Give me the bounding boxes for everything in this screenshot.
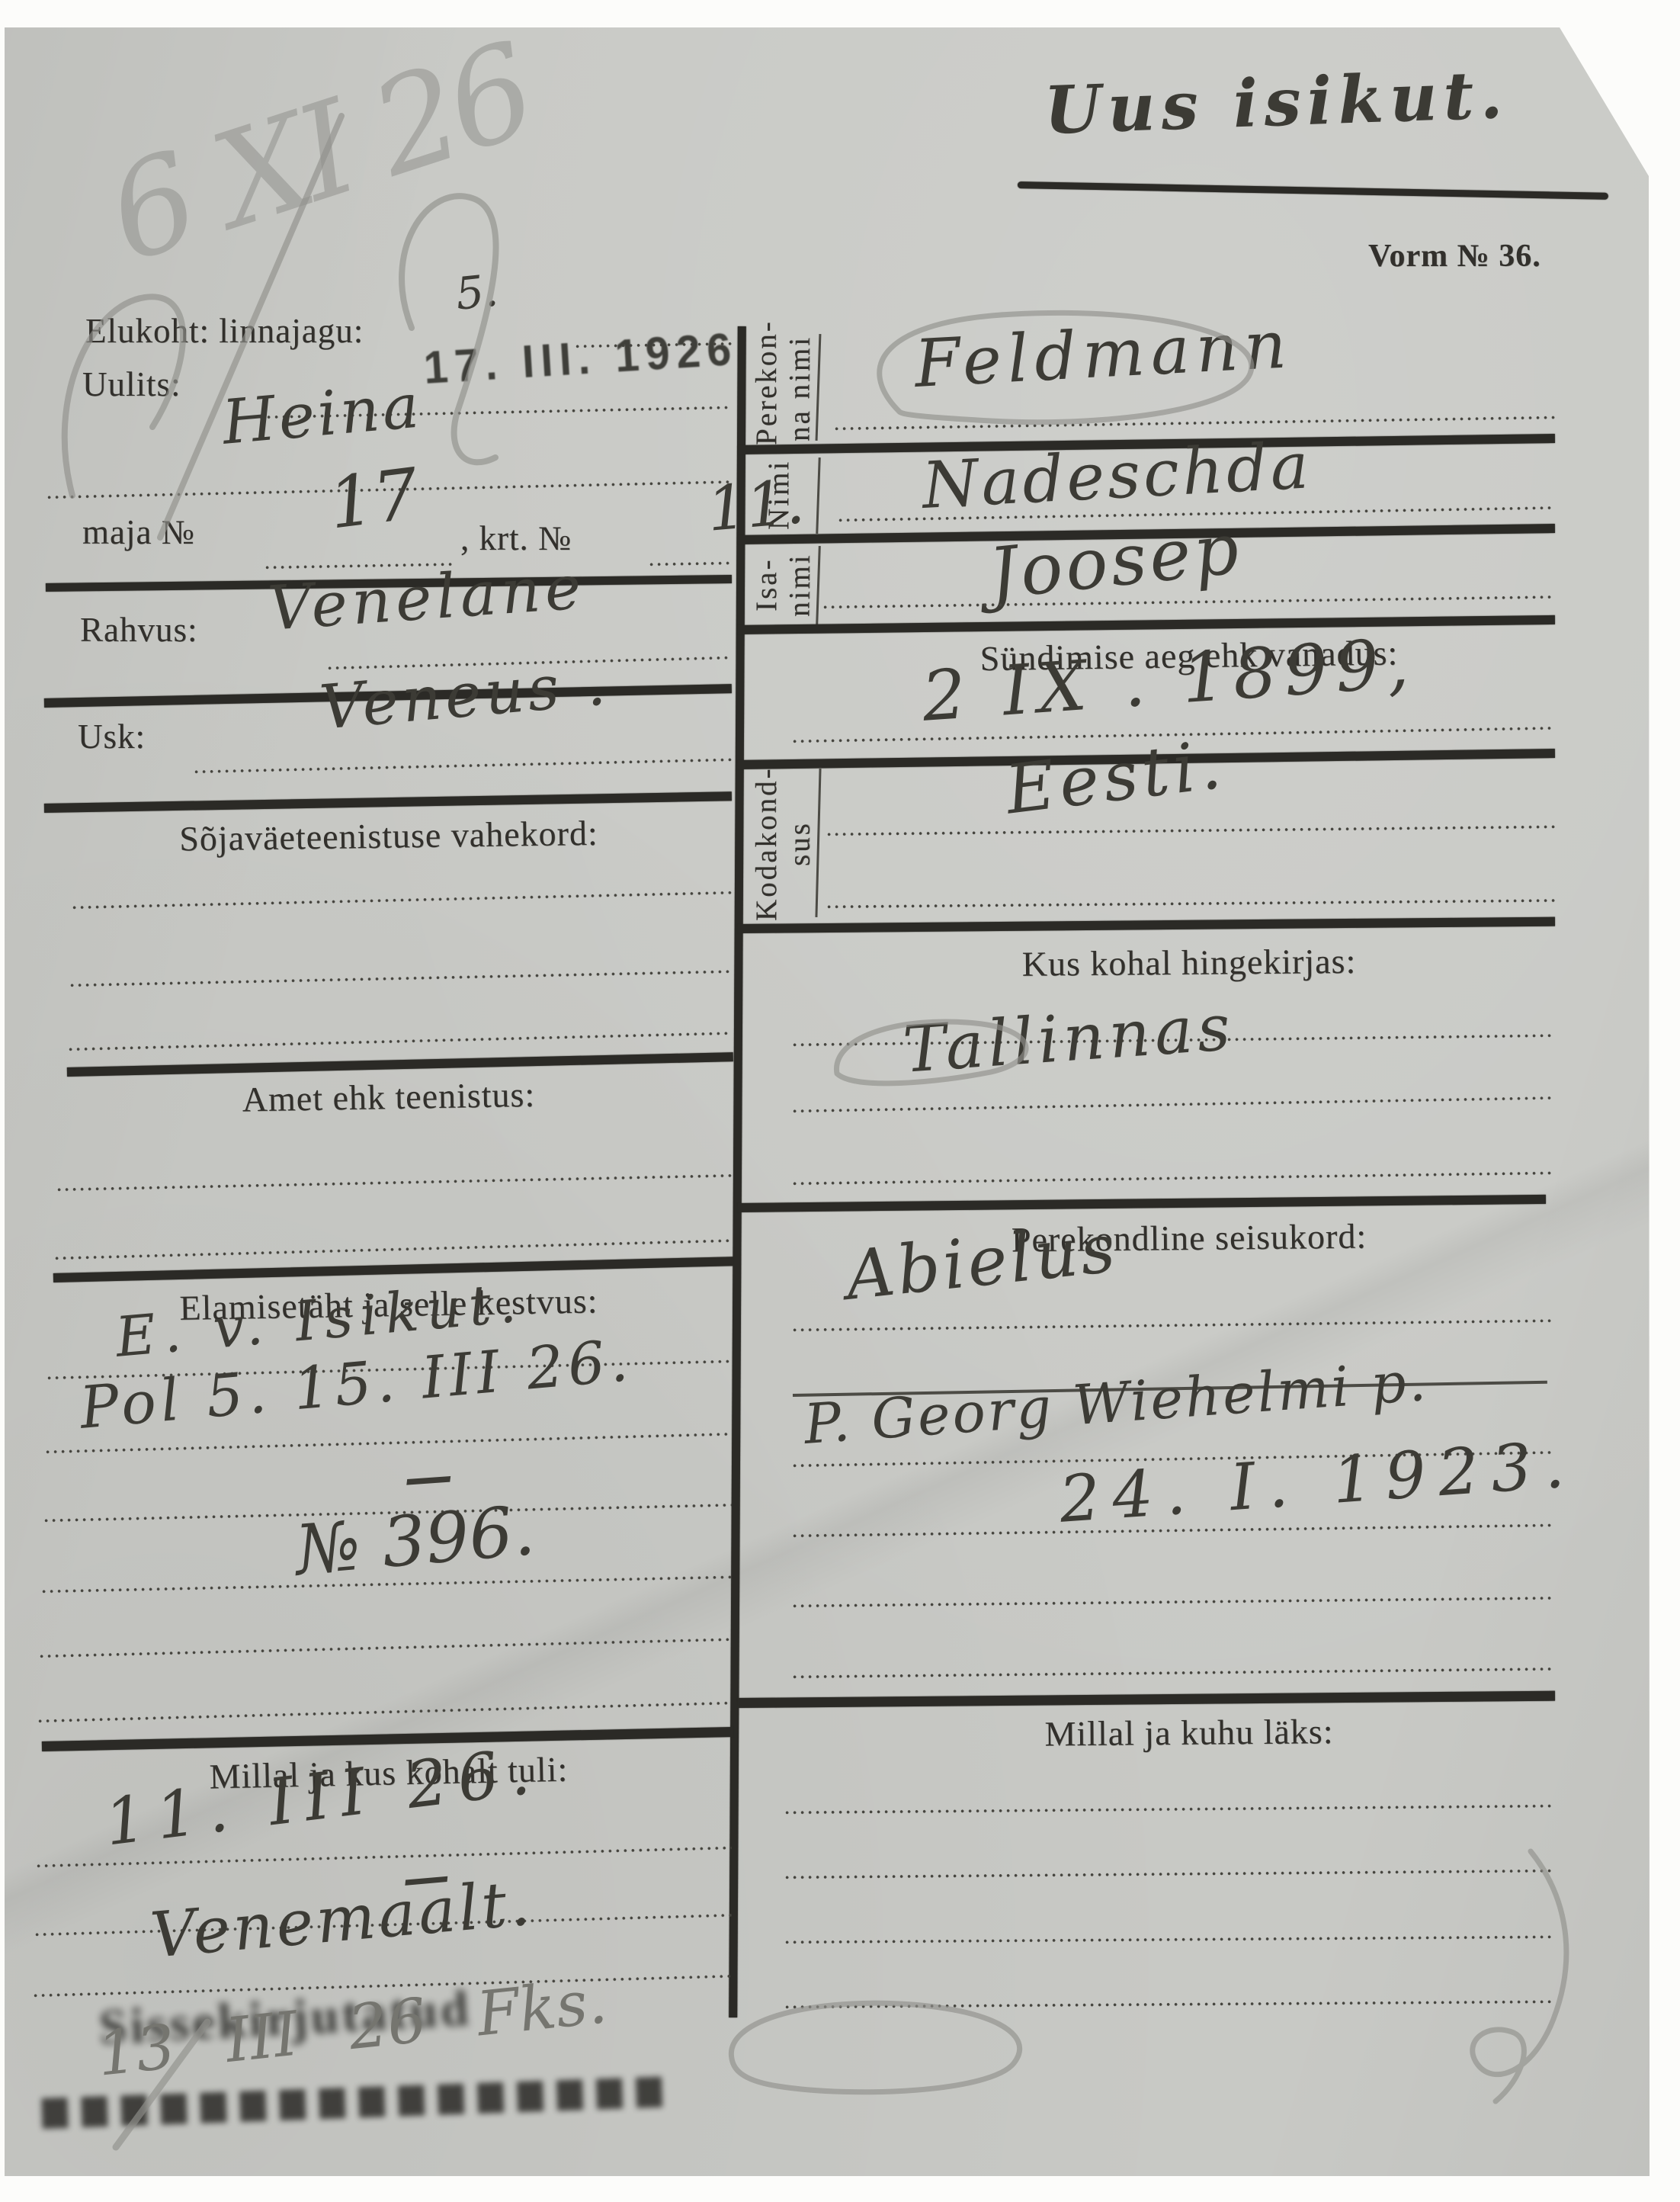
uulits-label: Uulits: [82,364,181,404]
maja-value: 17 [324,453,422,544]
maja-label: maja № [82,512,195,552]
surname-label-vertical: Perekon- na nimi [750,331,816,445]
patronymic-label-vertical: Isa- nimi [750,543,816,627]
elukoht-label: Elukoht: linnajagu: [85,311,364,351]
krt-value: 11. [704,466,807,545]
scanned-document: 6 XI 26 Uus isikut. Vorm № 36. Perekon- … [0,0,1680,2202]
hingekiri-label: Kus kohal hingekirjas: [823,939,1555,986]
form-number: Vorm № 36. [1368,238,1541,274]
usk-label: Usk: [78,717,146,756]
top-right-note: Uus isikut. [1043,56,1510,149]
laks-label: Millal ja kuhu läks: [823,1709,1555,1756]
citizenship-label-vertical: Kodakond- sus [750,764,816,924]
linnajagu-value: 5. [453,264,500,319]
rahvus-label: Rahvus: [80,610,198,650]
krt-label: , krt. № [460,518,572,558]
